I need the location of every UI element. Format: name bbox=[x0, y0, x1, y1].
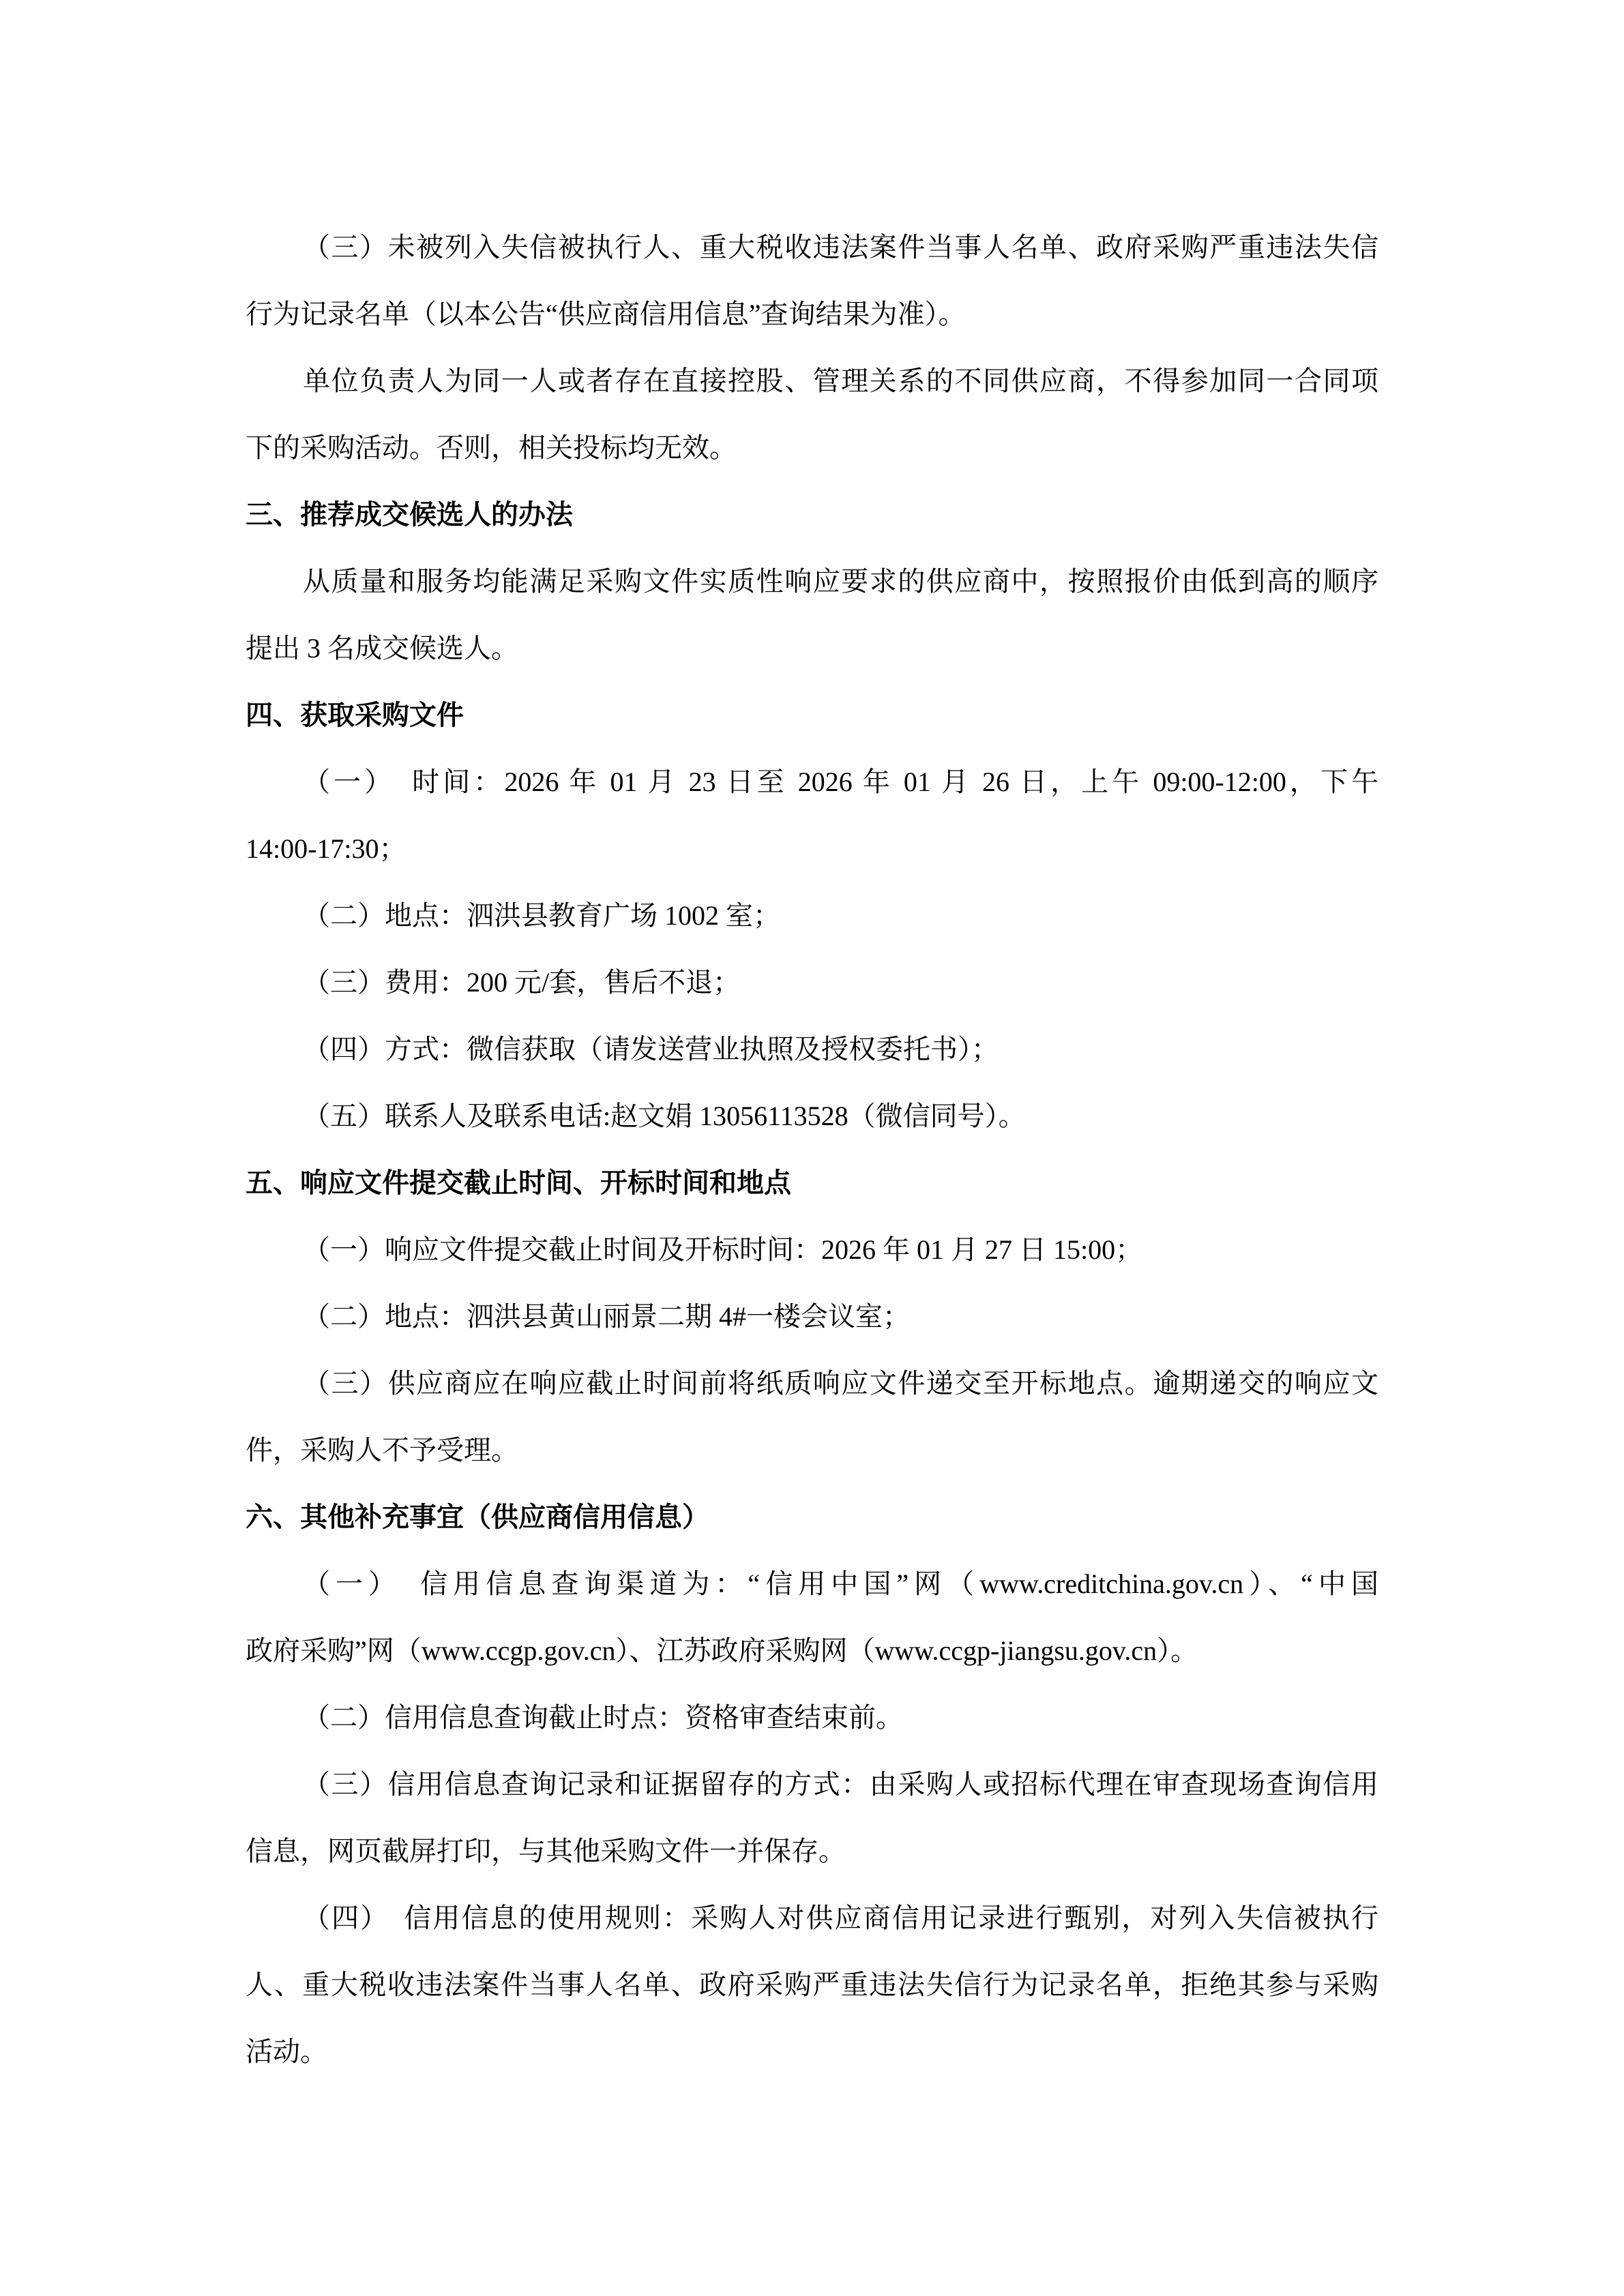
body-line: 人、重大税收违法案件当事人名单、政府采购严重违法失信行为记录名单，拒绝其参与采购 bbox=[246, 1952, 1378, 2018]
body-line: 从质量和服务均能满足采购文件实质性响应要求的供应商中，按照报价由低到高的顺序 bbox=[246, 548, 1378, 615]
section-heading: 三、推荐成交候选人的办法 bbox=[246, 481, 1378, 548]
body-line: （一）响应文件提交截止时间及开标时间：2026 年 01 月 27 日 15:0… bbox=[246, 1217, 1378, 1283]
body-line: 信息，网页截屏打印，与其他采购文件一并保存。 bbox=[246, 1818, 1378, 1885]
body-line: 活动。 bbox=[246, 2018, 1378, 2085]
body-line: （二）地点：泗洪县黄山丽景二期 4#一楼会议室； bbox=[246, 1283, 1378, 1350]
body-line: 行为记录名单（以本公告“供应商信用信息”查询结果为准）。 bbox=[246, 281, 1378, 348]
body-line: （四） 信用信息的使用规则：采购人对供应商信用记录进行甄别，对列入失信被执行 bbox=[246, 1885, 1378, 1952]
body-line: （四）方式：微信获取（请发送营业执照及授权委托书）； bbox=[246, 1016, 1378, 1083]
body-line: （五）联系人及联系电话:赵文娟 13056113528（微信同号）。 bbox=[246, 1083, 1378, 1150]
body-line: 下的采购活动。否则，相关投标均无效。 bbox=[246, 415, 1378, 481]
section-heading: 四、获取采购文件 bbox=[246, 682, 1378, 749]
body-line: （一） 信用信息查询渠道为：“信用中国”网（www.creditchina.go… bbox=[246, 1551, 1378, 1617]
section-heading: 五、响应文件提交截止时间、开标时间和地点 bbox=[246, 1150, 1378, 1217]
body-line: 单位负责人为同一人或者存在直接控股、管理关系的不同供应商，不得参加同一合同项 bbox=[246, 348, 1378, 415]
body-line: 政府采购”网（www.ccgp.gov.cn）、江苏政府采购网（www.ccgp… bbox=[246, 1617, 1378, 1684]
body-line: （一） 时间：2026 年 01 月 23 日至 2026 年 01 月 26 … bbox=[246, 749, 1378, 816]
body-line: （三）费用：200 元/套，售后不退； bbox=[246, 949, 1378, 1016]
body-line: 件，采购人不予受理。 bbox=[246, 1417, 1378, 1484]
body-line: （三）供应商应在响应截止时间前将纸质响应文件递交至开标地点。逾期递交的响应文 bbox=[246, 1350, 1378, 1417]
section-heading: 六、其他补充事宜（供应商信用信息） bbox=[246, 1484, 1378, 1551]
body-line: 提出 3 名成交候选人。 bbox=[246, 615, 1378, 682]
body-line: （二）地点：泗洪县教育广场 1002 室； bbox=[246, 882, 1378, 949]
body-line: 14:00-17:30； bbox=[246, 816, 1378, 882]
body-line: （三）信用信息查询记录和证据留存的方式：由采购人或招标代理在审查现场查询信用 bbox=[246, 1751, 1378, 1818]
document-page: （三）未被列入失信被执行人、重大税收违法案件当事人名单、政府采购严重违法失信 行… bbox=[0, 0, 1624, 2296]
body-line: （三）未被列入失信被执行人、重大税收违法案件当事人名单、政府采购严重违法失信 bbox=[246, 214, 1378, 281]
body-line: （二）信用信息查询截止时点：资格审查结束前。 bbox=[246, 1684, 1378, 1751]
